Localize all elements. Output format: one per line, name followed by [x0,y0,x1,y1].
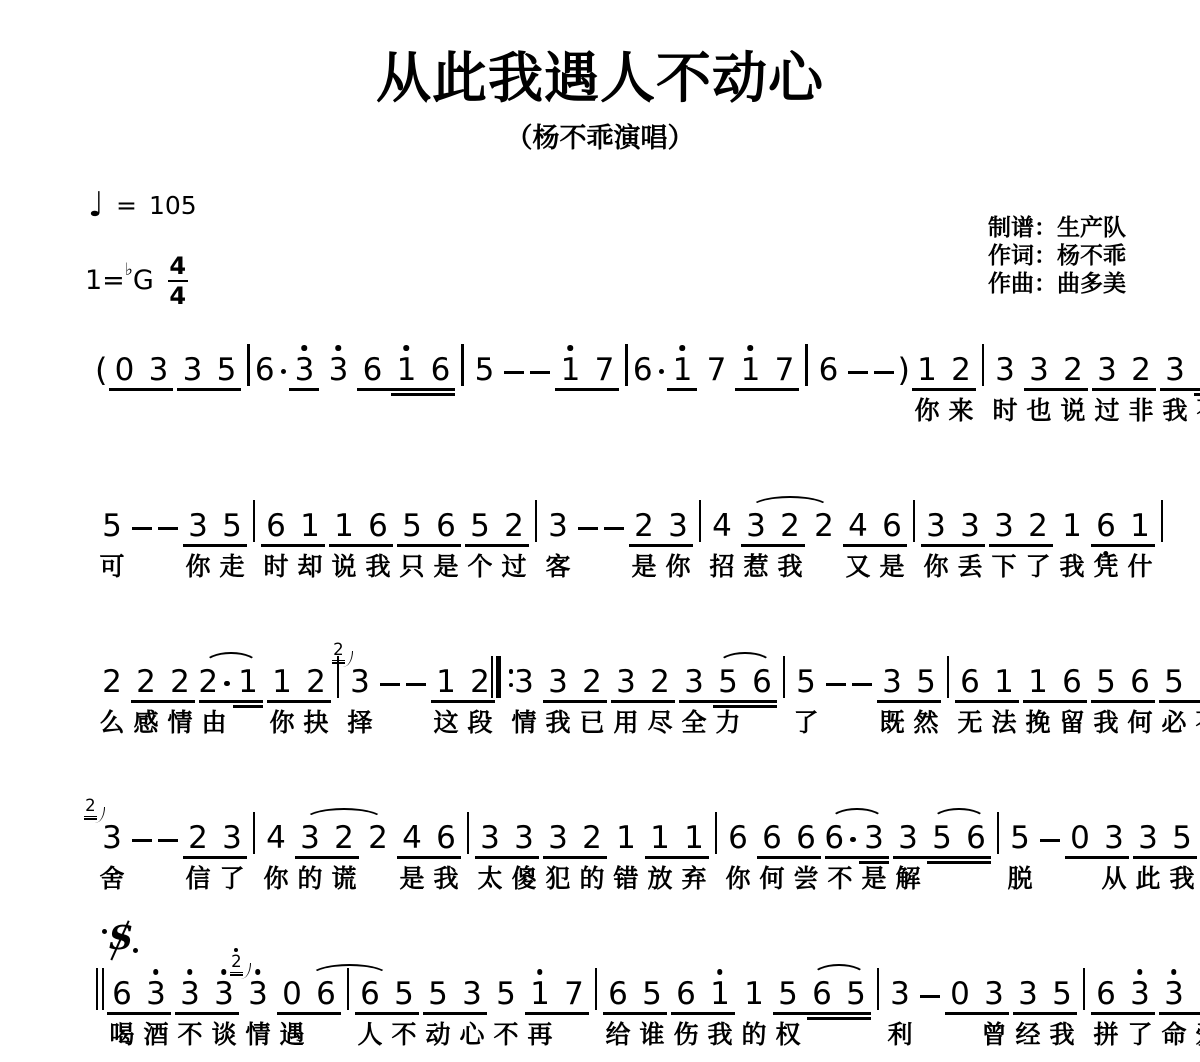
note-digit: 4 [848,511,868,542]
note-digit: 6 [266,511,286,542]
note: 3爱 [1191,964,1200,1050]
note: 6人 [353,964,387,1050]
lyric: 此 [1135,864,1160,894]
lyric: 不 [493,1020,518,1050]
tempo-marking: ♩ = 105 [88,188,197,222]
note-digit: 2 [1131,355,1151,386]
lyric: 了 [1127,1020,1152,1050]
beam-line [397,856,461,859]
note-digit: 2 [582,823,602,854]
note: 3时 [988,340,1022,426]
note-digit: 6 [368,511,388,542]
lyric: 是 [861,864,886,894]
note-digit: 5 [1010,823,1030,854]
note: 1 [733,340,767,426]
dash-continuation-mark [852,683,872,686]
beam-group: 2是3你 [627,496,695,582]
note: 5 [467,340,501,426]
barline [1079,964,1089,1010]
dash-continuation [527,340,553,386]
note: 2么 [95,652,129,738]
barline [873,964,883,1010]
beam-group: 35 [175,340,243,426]
lyric: 是 [631,552,656,582]
lyric: 你 [725,864,750,894]
note: 7 [557,964,591,1050]
beam-group: 3解56 [891,808,993,894]
beam-line [735,388,799,391]
note-digit: 1 [300,511,320,542]
tie-group: 56 [925,808,993,894]
tempo-bpm: 105 [149,191,197,220]
lyric: 我 [1169,864,1194,894]
octave-dot-high [748,345,754,351]
note-digit: 3 [146,979,166,1010]
beam-group: 03曾 [943,964,1011,1050]
beam-group: 1说6我 [327,496,395,582]
lyric: 必 [1161,708,1186,738]
beam-line [525,1012,589,1015]
lyric: 是 [399,864,424,894]
note-digit: 6 [436,823,456,854]
note-digit: 5 [222,511,242,542]
note: 1 [231,652,265,738]
barline-mark [253,500,255,542]
beam-line [543,700,607,703]
lyric: 解 [895,864,920,894]
note-digit: 6 [728,823,748,854]
beam-group: 6喝3酒 [105,964,173,1050]
note-digit: 2 [136,667,156,698]
dash-continuation [129,808,155,854]
note: 5可 [95,496,129,582]
lyric: 感 [133,708,158,738]
sheet-header: 从此我遇人不动心 （杨不乖演唱） ♩ = 105 1=♭G 4 4 制谱：生产队… [0,50,1200,308]
beam-group: 17 [553,340,621,426]
beam-line [1159,700,1200,703]
note: 0 [943,964,977,1050]
lyric: 用 [613,708,638,738]
beam-line [989,544,1053,547]
octave-dot-low [1103,551,1109,557]
beam-group: 3是 [857,808,891,894]
note-digit: 3 [995,355,1015,386]
note-digit: 6 [960,667,980,698]
lyric: 非 [1128,396,1153,426]
dash-continuation-mark [158,527,178,530]
beam-group: 1你2来 [910,340,978,426]
grace-note: 2 [332,642,345,661]
lyric: 已 [579,708,604,738]
beam-line [175,1012,239,1015]
beam-line [921,544,985,547]
note-digit: 3 [684,667,704,698]
note: 3 [287,340,321,426]
note-digit: 5 [402,511,422,542]
credits-block: 制谱：生产队 作词：杨不乖 作曲：曲多美 [988,214,1126,298]
note: 6 [309,964,343,1050]
note: 6伤 [669,964,703,1050]
beam-line [183,856,247,859]
lyric: 不 [391,1020,416,1050]
note-digit: 1 [741,355,761,386]
note: 6我 [429,808,463,894]
beam-line [1091,700,1155,703]
lyric: 抉 [303,708,328,738]
note-digit: 0 [115,355,135,386]
time-signature: 4 4 [168,254,188,308]
segno-row: S [102,920,1200,962]
note-digit: 3 [188,511,208,542]
note: 2谎 [327,808,361,894]
note-digit: 1 [917,355,937,386]
note: 3用 [609,652,643,738]
lyric: 酒 [143,1020,168,1050]
octave-dot-high [221,969,227,975]
note-digit: 1 [684,823,704,854]
beam-line [1091,544,1155,547]
note: 5走 [215,496,249,582]
beam-group: 6不3是 [823,808,891,894]
note: 3过 [1090,340,1124,426]
dash-continuation-mark [380,683,400,686]
note: 3你 [661,496,695,582]
barline [943,652,953,698]
note-digit: 6 [1062,667,1082,698]
note-digit: 3 [548,667,568,698]
beam-line [859,861,889,864]
note: 1再 [523,964,557,1050]
lyric: 择 [347,708,372,738]
lyric: 我 [365,552,390,582]
barline [249,808,259,854]
beam-line [912,388,976,391]
lyric: 只 [399,552,424,582]
beam-line [645,856,709,859]
lyric: 经 [1015,1020,1040,1050]
note: 1你 [910,340,944,426]
beam-line [543,856,607,859]
lyric: 留 [1059,708,1084,738]
note-digit: 3 [548,823,568,854]
lyric: 遇 [279,1020,304,1050]
barline-mark [783,656,785,698]
lyric: 是 [433,552,458,582]
barline-mark [595,968,597,1010]
beam-line [277,1012,341,1015]
dash-continuation [403,652,429,698]
barline [621,340,631,386]
dash-continuation [501,340,527,386]
note-digit: 5 [102,511,122,542]
lyric: 你 [269,708,294,738]
lyric: 的 [579,864,604,894]
note: 6留 [1055,652,1089,738]
note: 3谈 [207,964,241,1050]
note-digit: 1 [994,667,1014,698]
lyric: 放 [647,864,672,894]
note: 32择 [343,652,377,738]
note: 1却 [293,496,327,582]
time-bottom: 4 [169,284,186,308]
barline-mark [715,812,717,854]
barline-mark [805,344,807,386]
note: 1说 [327,496,361,582]
augmentation-dot [659,369,665,375]
note: 1我 [703,964,737,1050]
barline [1157,496,1167,542]
note: 3 [321,340,355,426]
beam-line [1194,393,1200,396]
note: 3下 [987,496,1021,582]
note: 2我 [773,496,807,582]
note-digit: 6 [752,667,772,698]
note: 2过 [497,496,531,582]
note-digit: 1 [673,355,693,386]
beam-group: 3犯2的 [541,808,609,894]
music-line-1: (0335633616517617176)1你2来3时3也2说3过2非3我5不6 [95,340,1115,426]
note-digit: 2 [306,667,326,698]
note-digit: 1 [561,355,581,386]
note: 3命 [1157,964,1191,1050]
beam-group: 2感2情 [129,652,197,738]
octave-dot-high [404,345,410,351]
note-digit: 1 [272,667,292,698]
note-digit: 6 [882,511,902,542]
note-digit: 5 [642,979,662,1010]
dash-continuation-mark [530,371,550,374]
barline [249,496,259,542]
note-digit: 2 [1028,511,1048,542]
beam-group: 3我2已 [541,652,609,738]
music-line-4: 32舍2信3了4你3的2谎24是6我3太3傻3犯2的1错1放1弃6你6何6尝6不… [95,808,1115,894]
lyric: 的 [297,864,322,894]
beam-line [713,705,777,708]
barline-mark [877,968,879,1010]
lyric: 心 [459,1020,484,1050]
dash-continuation-mark [604,527,624,530]
note: 6何 [1123,652,1157,738]
beam-line [109,388,173,391]
lyric: 太 [477,864,502,894]
note: 0 [107,340,141,426]
note-digit: 3 [183,355,203,386]
beam-group: 5只6是 [395,496,463,582]
beam-line [465,544,529,547]
note-digit: 3 [864,823,884,854]
barline-mark [1083,968,1085,1010]
note-digit: 6 [112,979,132,1010]
note-digit: 3 [994,511,1014,542]
beam-group: 3过2非 [1090,340,1158,426]
octave-dot-high [680,345,686,351]
lyric: 挽 [1025,708,1050,738]
dash-continuation [155,496,181,542]
beam-group: 03 [107,340,175,426]
note-digit: 3 [1165,355,1185,386]
note: 5 [925,808,959,894]
note: 5权 [771,964,805,1050]
note-digit: 1 [238,667,258,698]
lyric: 你 [914,396,939,426]
lyric: 给 [605,1020,630,1050]
note-digit: 6 [255,355,275,386]
beam-line [927,861,991,864]
lyric: 么 [99,708,124,738]
quarter-note-icon: ♩ [88,188,104,222]
note-digit: 4 [266,823,286,854]
note-digit: 5 [916,667,936,698]
note: 6 [959,808,993,894]
beam-group: 5动3心 [421,964,489,1050]
note-digit: 2 [334,823,354,854]
beam-line [261,544,325,547]
dash-continuation-mark [920,995,940,998]
beam-group: 5必2不 [1157,652,1200,738]
repeat-start-sign [497,652,507,698]
beam-line [1023,700,1087,703]
note-digit: 2 [170,667,190,698]
note: 5我 [1089,652,1123,738]
tie-group: 65 [805,964,873,1050]
lyric: 了 [219,864,244,894]
note-digit: 2 [634,511,654,542]
note: 2信 [181,808,215,894]
beam-group: 6凭1什 [1089,496,1157,582]
barline [909,496,919,542]
double-barline [96,968,104,1010]
note-digit: 6 [1096,979,1116,1010]
note: 4你 [259,808,293,894]
beam-group: 56 [925,808,993,894]
note-digit: 2 [504,511,524,542]
beam-group: 3惹2我 [739,496,807,582]
lyric: 惹 [743,552,768,582]
lyric: 我 [707,1020,732,1050]
note-digit: 0 [1070,823,1090,854]
note: 3是 [857,808,891,894]
lyric: 人 [357,1020,382,1050]
note-digit: 3 [746,511,766,542]
lyric: 不 [1195,708,1200,738]
beam-group: 3 [287,340,321,426]
note-digit: 2 [951,355,971,386]
note-digit: 5 [475,355,495,386]
octave-dot-high [336,345,342,351]
lyric: 我 [1059,552,1084,582]
double-barline [95,964,105,1010]
dash-continuation [871,340,897,386]
note-digit: 3 [548,511,568,542]
beam-group: 5个2过 [463,496,531,582]
note: 2段 [463,652,497,738]
lyric: 又 [845,552,870,582]
note: 3 [175,340,209,426]
note-digit: 3 [1097,355,1117,386]
beam-group: 5我6何 [1089,652,1157,738]
octave-dot-high [717,969,723,975]
lyric: 凭 [1093,552,1118,582]
dash-continuation-mark [848,371,868,374]
dash-continuation [575,496,601,542]
beam-line [671,1012,735,1015]
barline [779,652,789,698]
note-digit: 3 [180,979,200,1010]
note: 5我 [1045,964,1079,1050]
dash-continuation [129,496,155,542]
score: (0335633616517617176)1你2来3时3也2说3过2非3我5不6… [0,340,1200,1050]
lyric: 从 [1101,864,1126,894]
lyric: 喝 [109,1020,134,1050]
lyric: 时 [263,552,288,582]
note-digit: 6 [966,823,986,854]
note: 6 [811,340,845,426]
note: 0 [1063,808,1097,894]
beam-line [555,388,619,391]
note: 5不 [489,964,523,1050]
dash-continuation [823,652,849,698]
note: 1错 [609,808,643,894]
dash-continuation-mark [1040,839,1060,842]
note-digit: 6 [633,355,653,386]
note-digit: 3 [295,355,315,386]
lyric: 却 [297,552,322,582]
note: 32舍 [95,808,129,894]
beam-group: 6何6尝 [755,808,823,894]
beam-line [131,700,195,703]
flat-icon: ♭ [125,260,133,280]
note-digit: 7 [564,979,584,1010]
lyric: 过 [501,552,526,582]
note: 1弃 [677,808,711,894]
note: 2非 [1124,340,1158,426]
note: 5只 [395,496,429,582]
note-digit: 3 [898,823,918,854]
note-digit: 5 [470,511,490,542]
lyric: 你 [665,552,690,582]
note-digit: 5 [796,667,816,698]
beam-group: 0遇6 [275,964,343,1050]
lyric: 情 [245,1020,270,1050]
beam-line [611,700,675,703]
note: 6 [805,964,839,1050]
lyric: 走 [219,552,244,582]
beam-line [757,856,821,859]
beam-line [233,705,263,708]
note-digit: 1 [744,979,764,1010]
beam-group: 1 [665,340,699,426]
dash-continuation-mark [504,371,524,374]
note-digit: 3 [882,667,902,698]
beam-line [199,700,263,703]
note-digit: 6 [360,979,380,1010]
note-digit: 2 [1063,355,1083,386]
note: 1 [553,340,587,426]
lyric: 的 [741,1020,766,1050]
lyric: 过 [1094,396,1119,426]
lyric: 由 [201,708,226,738]
lyric: 不 [177,1020,202,1050]
note-digit: 5 [394,979,414,1010]
octave-dot-high [537,969,543,975]
note: 3情 [507,652,541,738]
note-digit: 2 [198,667,218,698]
beam-group: 3的2谎 [293,808,361,894]
note: 3了 [1123,964,1157,1050]
beam-group: 65 [805,964,873,1050]
note: 3既 [875,652,909,738]
beam-group: 1 [231,652,265,738]
